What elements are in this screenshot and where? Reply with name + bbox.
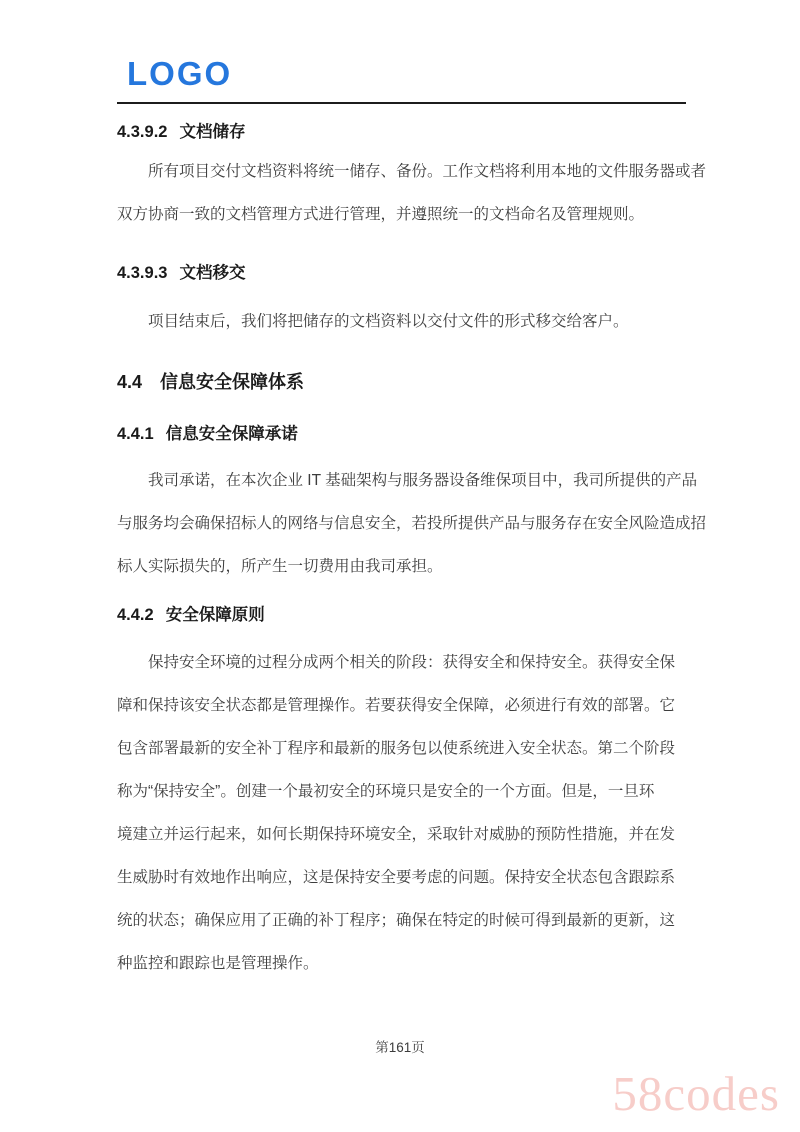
heading-title: 安全保障原则 <box>166 605 265 625</box>
page-content: LOGO 4.3.9.2文档储存所有项目交付文档资料将统一储存、备份。工作文档将… <box>117 0 717 985</box>
company-logo: LOGO <box>127 58 717 90</box>
heading-number: 4.4 <box>117 371 142 393</box>
paragraph: 所有项目交付文档资料将统一储存、备份。工作文档将利用本地的文件服务器或者 双方协… <box>117 150 717 236</box>
heading-number: 4.3.9.2 <box>117 122 167 142</box>
section-heading-4.4: 4.4信息安全保障体系 <box>117 371 717 393</box>
paragraph: 我司承诺，在本次企业 IT 基础架构与服务器设备维保项目中，我司所提供的产品 与… <box>117 459 717 588</box>
page-number: 第161页 <box>0 1036 800 1056</box>
heading-title: 文档储存 <box>179 122 245 142</box>
section-heading-4.4.2: 4.4.2安全保障原则 <box>117 605 717 625</box>
heading-number: 4.4.2 <box>117 605 154 625</box>
paragraph: 项目结束后，我们将把储存的文档资料以交付文件的形式移交给客户。 <box>117 300 717 343</box>
paragraph: 保持安全环境的过程分成两个相关的阶段：获得安全和保持安全。获得安全保 障和保持该… <box>117 641 717 985</box>
document-page: LOGO 4.3.9.2文档储存所有项目交付文档资料将统一储存、备份。工作文档将… <box>0 0 800 1132</box>
header-rule <box>117 102 686 104</box>
heading-number: 4.3.9.3 <box>117 263 167 283</box>
heading-title: 信息安全保障承诺 <box>166 424 298 444</box>
heading-number: 4.4.1 <box>117 424 154 444</box>
heading-title: 信息安全保障体系 <box>160 371 304 393</box>
section-heading-4.3.9.3: 4.3.9.3文档移交 <box>117 263 717 283</box>
section-heading-4.4.1: 4.4.1信息安全保障承诺 <box>117 424 717 444</box>
watermark-text: 58codes <box>612 1068 780 1120</box>
document-body: 4.3.9.2文档储存所有项目交付文档资料将统一储存、备份。工作文档将利用本地的… <box>117 122 717 985</box>
section-heading-4.3.9.2: 4.3.9.2文档储存 <box>117 122 717 142</box>
heading-title: 文档移交 <box>179 263 245 283</box>
